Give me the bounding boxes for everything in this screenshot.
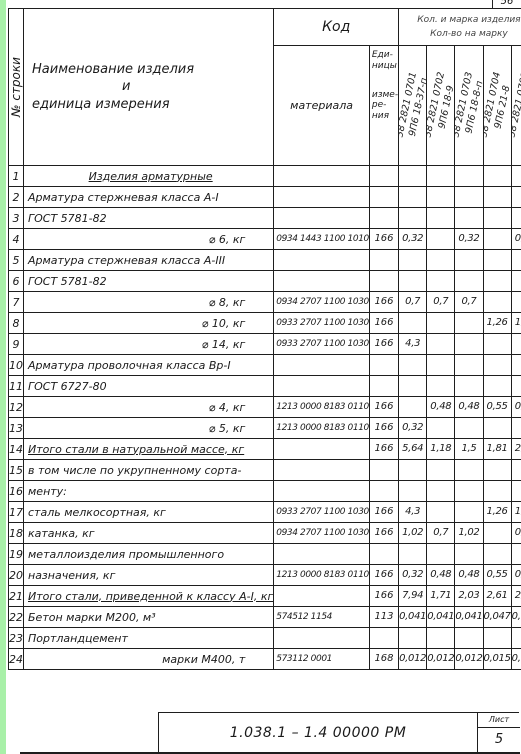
material-code: [274, 586, 370, 607]
header-kod: Код: [274, 9, 399, 46]
unit-code: 166: [369, 439, 398, 460]
unit-code: 168: [369, 649, 398, 670]
row-number: 18: [9, 523, 24, 544]
unit-code: [369, 166, 398, 187]
material-code: 1213 0000 8183 0110: [274, 565, 370, 586]
quantity-model-3: [455, 628, 483, 649]
quantity-model-5: 0,015: [511, 649, 521, 670]
table-row: 10Арматура проволочная класса Вр-I: [9, 355, 521, 376]
quantity-model-5: 0,047: [511, 607, 521, 628]
quantity-model-5: [511, 250, 521, 271]
table-row: 2Арматура стержневая класса А-I: [9, 187, 521, 208]
quantity-model-4: [483, 376, 511, 397]
item-name: ⌀ 14, кг: [24, 334, 274, 355]
material-code: [274, 439, 370, 460]
row-number: 8: [9, 313, 24, 334]
quantity-model-4: 0,015: [483, 649, 511, 670]
item-name: марки М400, т: [24, 649, 274, 670]
row-number: 1: [9, 166, 24, 187]
quantity-model-5: 1,26: [511, 502, 521, 523]
quantity-model-5: [511, 460, 521, 481]
quantity-model-2: 0,041: [427, 607, 455, 628]
quantity-model-5: [511, 334, 521, 355]
quantity-model-5: 1,26: [511, 313, 521, 334]
row-number: 14: [9, 439, 24, 460]
quantity-model-4: [483, 355, 511, 376]
quantity-model-1: 5,64: [399, 439, 427, 460]
quantity-model-1: 0,041: [399, 607, 427, 628]
quantity-model-2: [427, 628, 455, 649]
quantity-model-3: 2,03: [455, 586, 483, 607]
header-material: материала: [274, 46, 370, 166]
item-name: сталь мелкосортная, кг: [24, 502, 274, 523]
table-row: 14Итого стали в натуральной массе, кг166…: [9, 439, 521, 460]
row-number: 3: [9, 208, 24, 229]
material-code: 0933 2707 1100 1030: [274, 313, 370, 334]
row-number: 11: [9, 376, 24, 397]
quantity-model-1: [399, 166, 427, 187]
unit-code: [369, 250, 398, 271]
left-margin-strip: [0, 0, 6, 754]
item-name: ⌀ 6, кг: [24, 229, 274, 250]
table-row: 16менту:: [9, 481, 521, 502]
quantity-model-3: [455, 271, 483, 292]
quantity-model-3: 0,32: [455, 229, 483, 250]
item-name: ⌀ 4, кг: [24, 397, 274, 418]
row-number: 13: [9, 418, 24, 439]
item-name: металлоизделия промышленного: [24, 544, 274, 565]
quantity-model-5: [511, 544, 521, 565]
material-code: 1213 0000 8183 0110: [274, 418, 370, 439]
table-row: 18катанка, кг0934 2707 1100 10301661,020…: [9, 523, 521, 544]
quantity-model-5: 0,55: [511, 565, 521, 586]
table-row: 6ГОСТ 5781-82: [9, 271, 521, 292]
unit-code: [369, 481, 398, 502]
table-row: 9⌀ 14, кг0933 2707 1100 10301664,3: [9, 334, 521, 355]
row-number: 9: [9, 334, 24, 355]
unit-code: [369, 460, 398, 481]
item-name: Портландцемент: [24, 628, 274, 649]
header-model-2: 58 2821 07029П6 18-9: [427, 46, 455, 166]
quantity-model-5: [511, 292, 521, 313]
material-code: [274, 376, 370, 397]
quantity-model-4: 0,55: [483, 397, 511, 418]
quantity-model-5: [511, 628, 521, 649]
quantity-model-3: [455, 187, 483, 208]
sheet-label: Лист: [478, 713, 520, 728]
quantity-model-2: [427, 376, 455, 397]
quantity-model-5: [511, 355, 521, 376]
table-row: 7⌀ 8, кг0934 2707 1100 10301660,70,70,7: [9, 292, 521, 313]
quantity-model-4: 0,55: [483, 565, 511, 586]
quantity-model-1: 7,94: [399, 586, 427, 607]
item-name: ГОСТ 6727-80: [24, 376, 274, 397]
sheet-box: Лист 5: [477, 713, 520, 753]
quantity-model-2: [427, 313, 455, 334]
unit-code: [369, 208, 398, 229]
quantity-model-5: [511, 208, 521, 229]
quantity-model-3: [455, 481, 483, 502]
quantity-model-5: [511, 376, 521, 397]
document-code: 1.038.1 – 1.4 00000 РМ: [159, 713, 477, 753]
table-row: 3ГОСТ 5781-82: [9, 208, 521, 229]
table-row: 21Итого стали, приведенной к классу А-I,…: [9, 586, 521, 607]
item-name: в том числе по укрупненному сорта-: [24, 460, 274, 481]
item-name: Арматура стержневая класса А-III: [24, 250, 274, 271]
quantity-model-5: 0,32: [511, 229, 521, 250]
table-row: 24марки М400, т573112 00011680,0120,0120…: [9, 649, 521, 670]
quantity-model-3: [455, 355, 483, 376]
unit-code: 166: [369, 586, 398, 607]
quantity-model-4: [483, 460, 511, 481]
quantity-model-2: 0,7: [427, 523, 455, 544]
quantity-model-5: 0,55: [511, 397, 521, 418]
row-number: 7: [9, 292, 24, 313]
material-code: [274, 166, 370, 187]
quantity-model-4: [483, 292, 511, 313]
unit-code: 166: [369, 313, 398, 334]
quantity-model-3: [455, 502, 483, 523]
quantity-model-1: 4,3: [399, 334, 427, 355]
table-row: 20назначения, кг1213 0000 8183 01101660,…: [9, 565, 521, 586]
quantity-model-3: [455, 418, 483, 439]
quantity-model-3: [455, 376, 483, 397]
quantity-model-4: 1,81: [483, 439, 511, 460]
row-number: 21: [9, 586, 24, 607]
quantity-model-4: 1,26: [483, 313, 511, 334]
header-unit: Еди-ницы изме-ре-ния: [369, 46, 398, 166]
unit-code: [369, 187, 398, 208]
row-number: 2: [9, 187, 24, 208]
header-quantity: Кол. и марка изделия Кол-во на марку: [399, 9, 521, 46]
header-model-1: 58 2821 07019П6 18-37-п: [399, 46, 427, 166]
material-code: [274, 481, 370, 502]
material-code: [274, 544, 370, 565]
unit-code: 166: [369, 334, 398, 355]
quantity-model-5: 2,93: [511, 586, 521, 607]
item-name: ⌀ 8, кг: [24, 292, 274, 313]
quantity-model-1: [399, 187, 427, 208]
quantity-model-2: 0,48: [427, 565, 455, 586]
item-name: Бетон марки М200, м³: [24, 607, 274, 628]
material-code: 0934 1443 1100 1010: [274, 229, 370, 250]
quantity-model-4: [483, 628, 511, 649]
quantity-model-1: 4,3: [399, 502, 427, 523]
item-name: менту:: [24, 481, 274, 502]
item-name: Арматура стержневая класса А-I: [24, 187, 274, 208]
title-block: 1.038.1 – 1.4 00000 РМ Лист 5: [158, 712, 519, 753]
quantity-model-4: 1,26: [483, 502, 511, 523]
row-number: 10: [9, 355, 24, 376]
table-row: 19металлоизделия промышленного: [9, 544, 521, 565]
table-row: 12⌀ 4, кг1213 0000 8183 01101660,480,480…: [9, 397, 521, 418]
material-code: 0934 2707 1100 1030: [274, 292, 370, 313]
quantity-model-4: [483, 229, 511, 250]
quantity-model-2: [427, 481, 455, 502]
item-name: ⌀ 5, кг: [24, 418, 274, 439]
quantity-model-1: 0,32: [399, 418, 427, 439]
unit-code: [369, 355, 398, 376]
item-name: Изделия арматурные: [24, 166, 274, 187]
table-row: 15в том числе по укрупненному сорта-: [9, 460, 521, 481]
row-number: 23: [9, 628, 24, 649]
quantity-model-3: 0,041: [455, 607, 483, 628]
header-model-5: 58 2821 07059П6 21-8-п: [511, 46, 521, 166]
quantity-model-2: [427, 166, 455, 187]
quantity-model-3: [455, 460, 483, 481]
quantity-model-4: [483, 334, 511, 355]
quantity-model-1: [399, 313, 427, 334]
quantity-model-4: [483, 187, 511, 208]
quantity-model-1: [399, 628, 427, 649]
row-number: 20: [9, 565, 24, 586]
row-number: 24: [9, 649, 24, 670]
quantity-model-2: [427, 334, 455, 355]
row-number: 5: [9, 250, 24, 271]
material-code: [274, 208, 370, 229]
quantity-model-5: [511, 418, 521, 439]
quantity-model-5: 2,13: [511, 439, 521, 460]
quantity-model-5: [511, 271, 521, 292]
material-code: [274, 460, 370, 481]
item-name: Итого стали в натуральной массе, кг: [24, 439, 274, 460]
quantity-model-1: [399, 250, 427, 271]
quantity-model-3: 1,5: [455, 439, 483, 460]
item-name: назначения, кг: [24, 565, 274, 586]
quantity-model-2: [427, 271, 455, 292]
quantity-model-1: [399, 397, 427, 418]
quantity-model-2: 0,48: [427, 397, 455, 418]
quantity-model-1: [399, 271, 427, 292]
quantity-model-4: [483, 208, 511, 229]
material-code: [274, 187, 370, 208]
item-name: Арматура проволочная класса Вр-I: [24, 355, 274, 376]
quantity-model-4: [483, 271, 511, 292]
quantity-model-5: 0,82: [511, 523, 521, 544]
table-row: 13⌀ 5, кг1213 0000 8183 01101660,32: [9, 418, 521, 439]
quantity-model-3: [455, 334, 483, 355]
material-code: [274, 628, 370, 649]
quantity-model-1: [399, 208, 427, 229]
quantity-model-2: [427, 250, 455, 271]
unit-code: 166: [369, 229, 398, 250]
quantity-model-3: 0,7: [455, 292, 483, 313]
unit-code: 166: [369, 565, 398, 586]
unit-code: 166: [369, 292, 398, 313]
table-row: 5Арматура стержневая класса А-III: [9, 250, 521, 271]
item-name: Итого стали, приведенной к классу А-I, к…: [24, 586, 274, 607]
quantity-model-3: [455, 313, 483, 334]
row-number: 4: [9, 229, 24, 250]
quantity-model-4: [483, 544, 511, 565]
quantity-model-3: [455, 544, 483, 565]
header-name-unit: Наименование изделия и единица измерения: [24, 9, 274, 166]
quantity-model-4: [483, 481, 511, 502]
quantity-model-1: [399, 355, 427, 376]
quantity-model-2: [427, 418, 455, 439]
specification-table: № строки Наименование изделия и единица …: [8, 8, 521, 670]
material-code: [274, 355, 370, 376]
unit-code: 166: [369, 502, 398, 523]
quantity-model-2: [427, 460, 455, 481]
quantity-model-2: [427, 502, 455, 523]
table-row: 22Бетон марки М200, м³574512 11541130,04…: [9, 607, 521, 628]
table-row: 11ГОСТ 6727-80: [9, 376, 521, 397]
quantity-model-3: 1,02: [455, 523, 483, 544]
table-row: 1Изделия арматурные: [9, 166, 521, 187]
row-number: 19: [9, 544, 24, 565]
unit-code: 166: [369, 523, 398, 544]
quantity-model-3: 0,48: [455, 565, 483, 586]
unit-code: [369, 544, 398, 565]
table-row: 4⌀ 6, кг0934 1443 1100 10101660,320,320,…: [9, 229, 521, 250]
quantity-model-4: [483, 250, 511, 271]
table-row: 17сталь мелкосортная, кг0933 2707 1100 1…: [9, 502, 521, 523]
quantity-model-4: 0,047: [483, 607, 511, 628]
quantity-model-2: 0,7: [427, 292, 455, 313]
header-row-number: № строки: [9, 9, 24, 166]
quantity-model-4: [483, 418, 511, 439]
quantity-model-3: [455, 208, 483, 229]
quantity-model-1: 1,02: [399, 523, 427, 544]
material-code: [274, 271, 370, 292]
quantity-model-3: 0,012: [455, 649, 483, 670]
row-number: 12: [9, 397, 24, 418]
quantity-model-1: [399, 544, 427, 565]
table-row: 8⌀ 10, кг0933 2707 1100 10301661,261,26: [9, 313, 521, 334]
quantity-model-1: 0,012: [399, 649, 427, 670]
table-row: 23Портландцемент: [9, 628, 521, 649]
header-model-4: 58 2821 07049П6 21-8: [483, 46, 511, 166]
row-number: 15: [9, 460, 24, 481]
quantity-model-2: [427, 544, 455, 565]
material-code: 0933 2707 1100 1030: [274, 502, 370, 523]
item-name: ГОСТ 5781-82: [24, 208, 274, 229]
sheet-number: 5: [478, 728, 520, 752]
row-number: 16: [9, 481, 24, 502]
unit-code: 166: [369, 397, 398, 418]
material-code: 0933 2707 1100 1030: [274, 334, 370, 355]
quantity-model-3: [455, 250, 483, 271]
material-code: 0934 2707 1100 1030: [274, 523, 370, 544]
item-name: катанка, кг: [24, 523, 274, 544]
material-code: [274, 250, 370, 271]
unit-code: [369, 628, 398, 649]
row-number: 17: [9, 502, 24, 523]
item-name: ⌀ 10, кг: [24, 313, 274, 334]
quantity-model-2: [427, 355, 455, 376]
quantity-model-1: 0,32: [399, 565, 427, 586]
quantity-model-2: [427, 208, 455, 229]
quantity-model-4: [483, 523, 511, 544]
quantity-model-2: 1,18: [427, 439, 455, 460]
unit-code: 113: [369, 607, 398, 628]
quantity-model-2: [427, 187, 455, 208]
quantity-model-1: [399, 460, 427, 481]
material-code: 1213 0000 8183 0110: [274, 397, 370, 418]
quantity-model-1: 0,32: [399, 229, 427, 250]
quantity-model-5: [511, 481, 521, 502]
quantity-model-1: [399, 481, 427, 502]
quantity-model-5: [511, 166, 521, 187]
quantity-model-2: 0,012: [427, 649, 455, 670]
quantity-model-3: [455, 166, 483, 187]
item-name: ГОСТ 5781-82: [24, 271, 274, 292]
unit-code: [369, 271, 398, 292]
quantity-model-4: 2,61: [483, 586, 511, 607]
header-model-3: 58 2821 07039П6 18-8-п: [455, 46, 483, 166]
quantity-model-5: [511, 187, 521, 208]
quantity-model-1: [399, 376, 427, 397]
quantity-model-1: 0,7: [399, 292, 427, 313]
material-code: 573112 0001: [274, 649, 370, 670]
table-body: 1Изделия арматурные2Арматура стержневая …: [9, 166, 521, 670]
quantity-model-2: 1,71: [427, 586, 455, 607]
material-code: 574512 1154: [274, 607, 370, 628]
unit-code: [369, 376, 398, 397]
quantity-model-3: 0,48: [455, 397, 483, 418]
quantity-model-2: [427, 229, 455, 250]
row-number: 6: [9, 271, 24, 292]
quantity-model-4: [483, 166, 511, 187]
row-number: 22: [9, 607, 24, 628]
unit-code: 166: [369, 418, 398, 439]
